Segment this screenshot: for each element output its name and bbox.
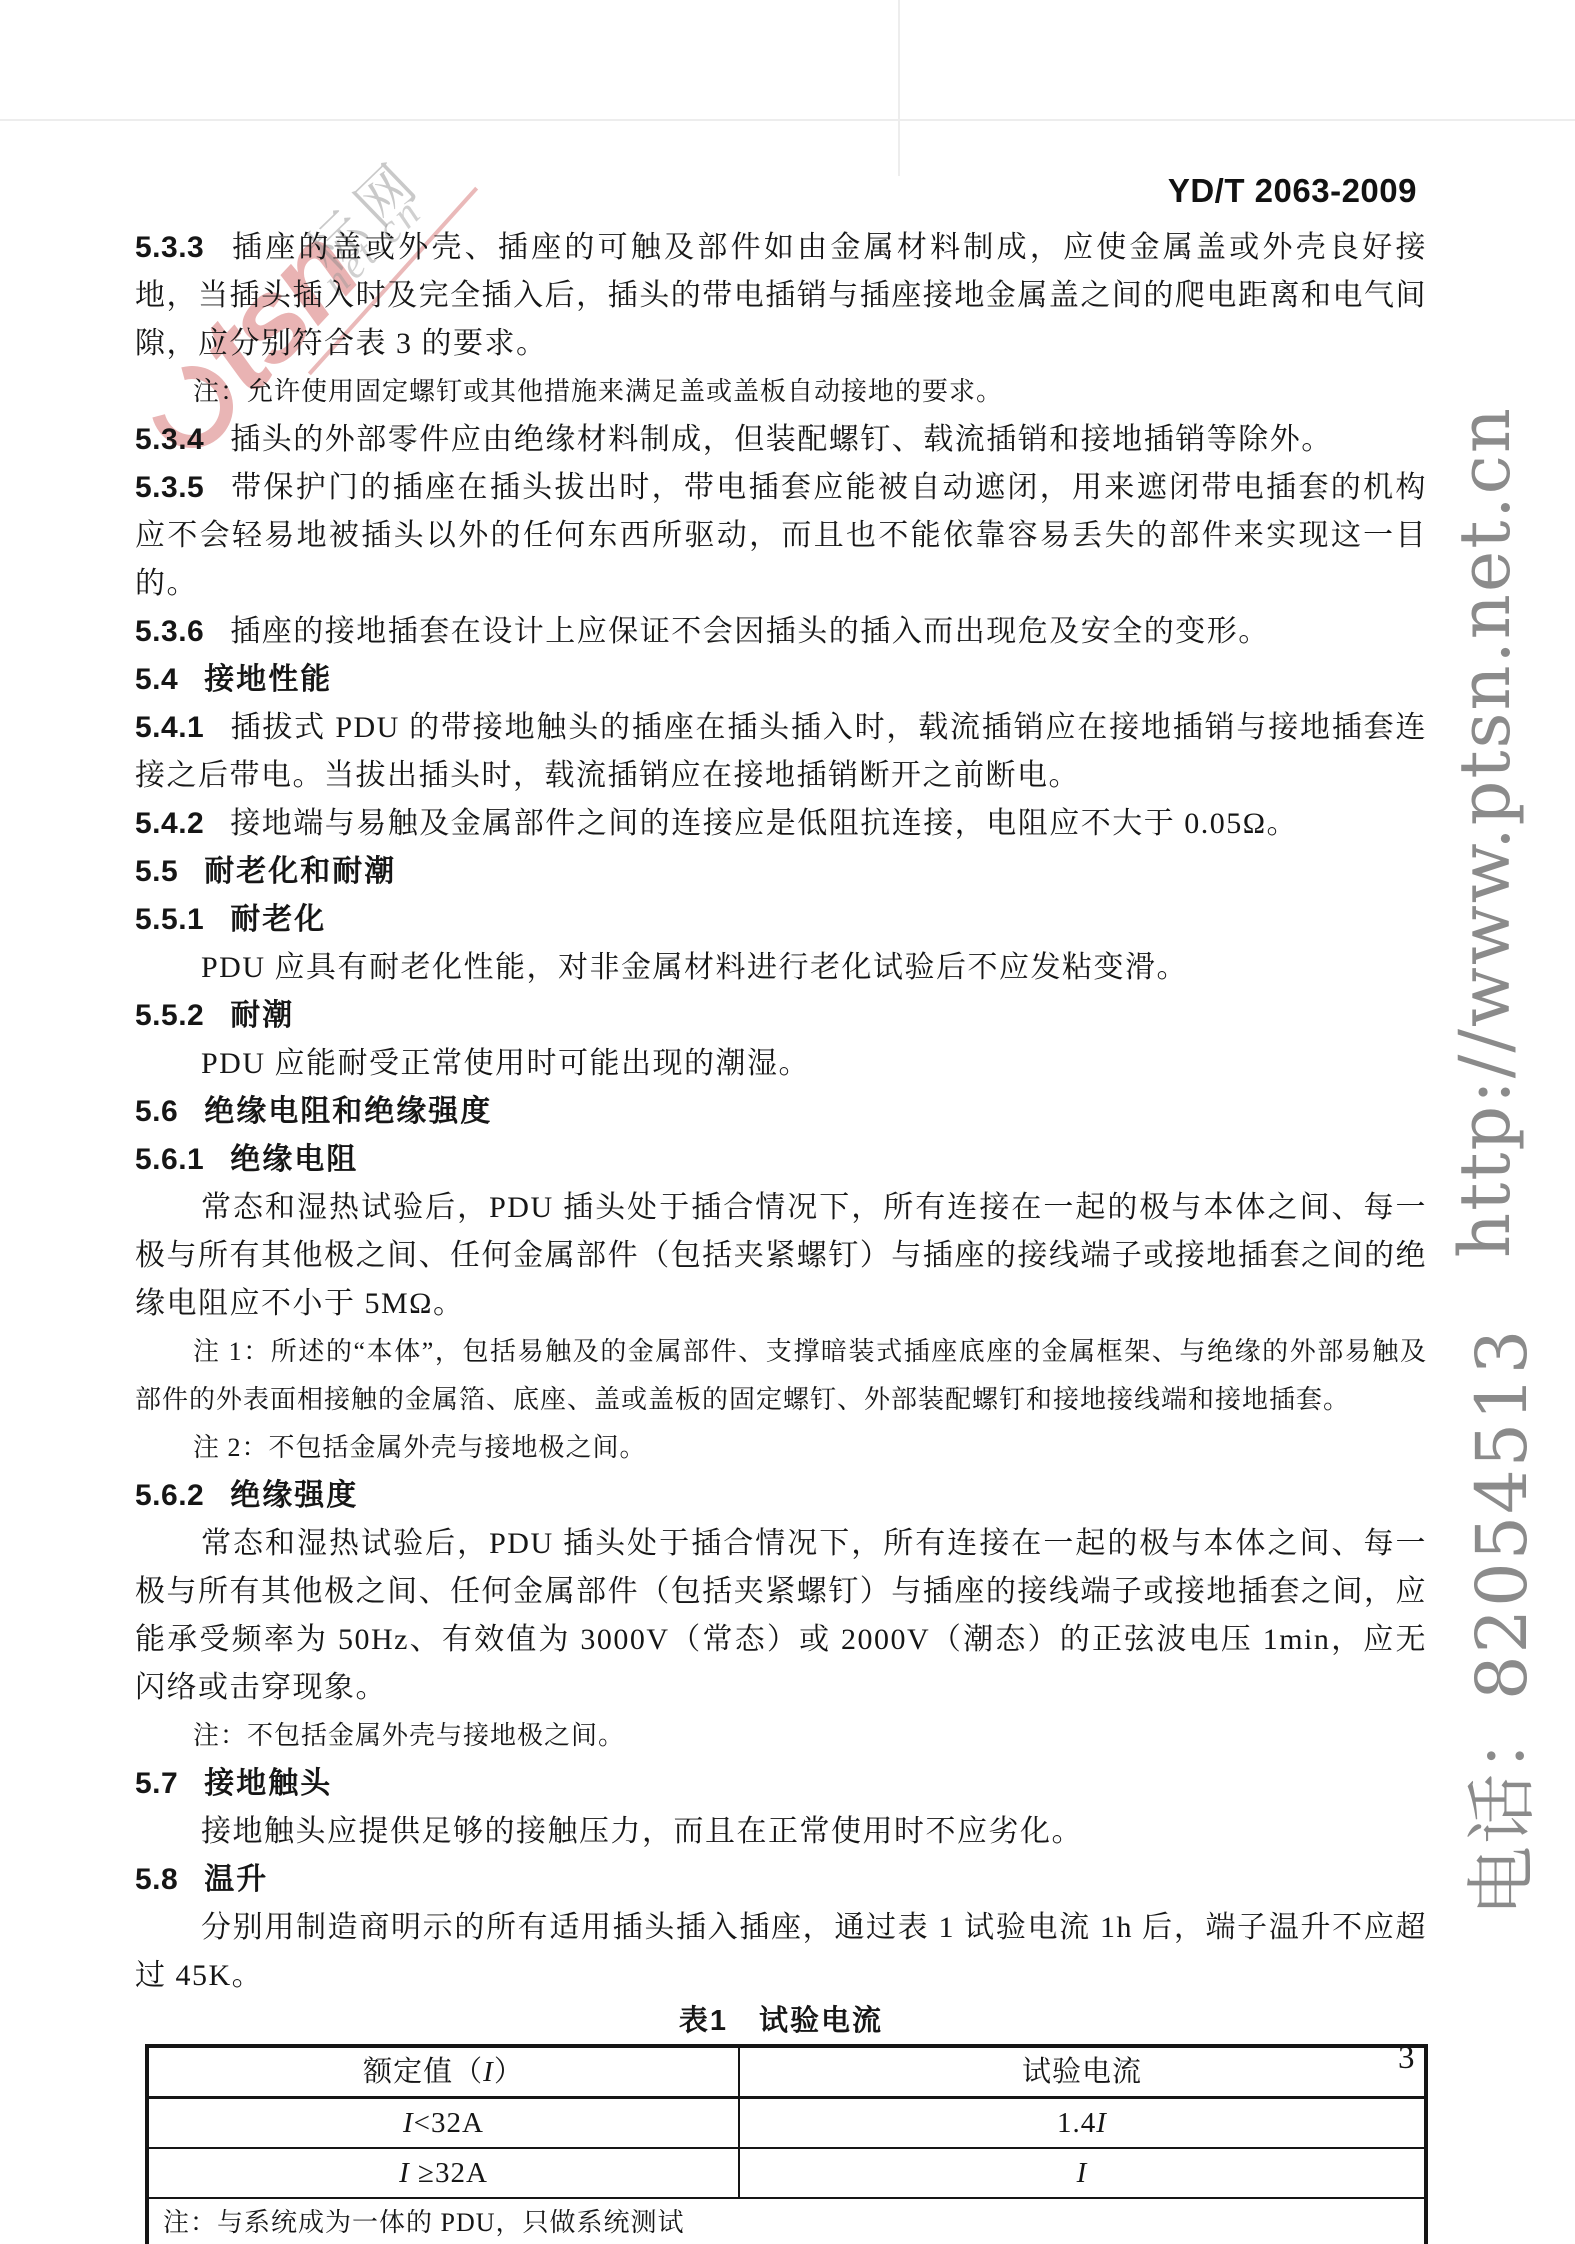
section-heading: 5.6.1绝缘电阻 (135, 1136, 1427, 1184)
clause-number: 5.5.2 (135, 999, 204, 1032)
clause-text: 绝缘强度 (230, 1479, 358, 1512)
note-line: 注：允许使用固定螺钉或其他措施来满足盖或盖板自动接地的要求。 (135, 368, 1427, 416)
clause-number: 5.3.5 (135, 471, 204, 504)
clause-paragraph: 5.3.6插座的接地插套在设计上应保证不会因插头的插入而出现危及安全的变形。 (135, 608, 1427, 656)
page-number: 3 (1398, 2040, 1415, 2077)
clause-text: 耐老化 (230, 903, 326, 936)
table-column-header: 试验电流 (739, 2046, 1426, 2098)
clause-paragraph: 接地触头应提供足够的接触压力，而且在正常使用时不应劣化。 (135, 1808, 1427, 1856)
clause-paragraph: 5.3.3插座的盖或外壳、插座的可触及部件如由金属材料制成，应使金属盖或外壳良好… (135, 224, 1427, 368)
standard-number: YD/T 2063-2009 (1168, 172, 1417, 210)
clause-paragraph: 常态和湿热试验后，PDU 插头处于插合情况下，所有连接在一起的极与本体之间、每一… (135, 1520, 1427, 1712)
clause-text: 温升 (204, 1863, 268, 1896)
table-cell: 1.4I (739, 2098, 1426, 2149)
section-heading: 5.5.2耐潮 (135, 992, 1427, 1040)
scanned-standard-page: { "page": { "doc_number": "YD/T 2063-200… (0, 0, 1575, 2244)
clause-number: 5.6.2 (135, 1479, 204, 1512)
clause-number: 5.7 (135, 1767, 178, 1800)
section-heading: 5.4接地性能 (135, 656, 1427, 704)
clause-text: 注：不包括金属外壳与接地极之间。 (193, 1721, 625, 1750)
clause-text: 带保护门的插座在插头拔出时，带电插套应能被自动遮闭，用来遮闭带电插套的机构应不会… (135, 471, 1427, 600)
table-cell: I<32A (147, 2098, 739, 2149)
table-note-row: 注：与系统成为一体的 PDU，只做系统测试 (147, 2198, 1426, 2244)
clause-number: 5.3.6 (135, 615, 204, 648)
clause-text: 分别用制造商明示的所有适用插头插入插座，通过表 1 试验电流 1h 后，端子温升… (135, 1911, 1427, 1992)
clause-paragraph: 5.3.5带保护门的插座在插头拔出时，带电插套应能被自动遮闭，用来遮闭带电插套的… (135, 464, 1427, 608)
table-row: I<32A1.4I (147, 2098, 1426, 2149)
section-heading: 5.5耐老化和耐潮 (135, 848, 1427, 896)
table-note: 注：与系统成为一体的 PDU，只做系统测试 (147, 2198, 1426, 2244)
table-row: I ≥32AI (147, 2148, 1426, 2198)
clause-text: 接地性能 (204, 663, 332, 696)
clause-paragraph: PDU 应具有耐老化性能，对非金属材料进行老化试验后不应发粘变滑。 (135, 944, 1427, 992)
scan-artifact-line (0, 119, 1575, 121)
clause-text: 耐潮 (230, 999, 294, 1032)
document-body: 5.3.3插座的盖或外壳、插座的可触及部件如由金属材料制成，应使金属盖或外壳良好… (135, 224, 1427, 2244)
clause-text: PDU 应能耐受正常使用时可能出现的潮湿。 (201, 1047, 810, 1080)
clause-number: 5.3.3 (135, 231, 204, 264)
clause-paragraph: PDU 应能耐受正常使用时可能出现的潮湿。 (135, 1040, 1427, 1088)
clause-paragraph: 5.4.1插拔式 PDU 的带接地触头的插座在插头插入时，载流插销应在接地插销与… (135, 704, 1427, 800)
clause-number: 5.3.4 (135, 423, 204, 456)
clause-text: 注 2：不包括金属外壳与接地极之间。 (193, 1433, 647, 1462)
clause-text: 接地端与易触及金属部件之间的连接应是低阻抗连接，电阻应不大于 0.05Ω。 (230, 807, 1298, 840)
clause-text: 耐老化和耐潮 (204, 855, 396, 888)
clause-number: 5.5 (135, 855, 178, 888)
clause-text: 接地触头应提供足够的接触压力，而且在正常使用时不应劣化。 (201, 1815, 1083, 1848)
clause-text: 注 1：所述的“本体”，包括易触及的金属部件、支撑暗装式插座底座的金属框架、与绝… (135, 1337, 1427, 1414)
clause-text: 插拔式 PDU 的带接地触头的插座在插头插入时，载流插销应在接地插销与接地插套连… (135, 711, 1427, 792)
clause-number: 5.4.2 (135, 807, 204, 840)
section-heading: 5.7接地触头 (135, 1760, 1427, 1808)
clause-paragraph: 常态和湿热试验后，PDU 插头处于插合情况下，所有连接在一起的极与本体之间、每一… (135, 1184, 1427, 1328)
clause-text: 常态和湿热试验后，PDU 插头处于插合情况下，所有连接在一起的极与本体之间、每一… (135, 1191, 1427, 1320)
clause-number: 5.6 (135, 1095, 178, 1128)
section-heading: 5.6绝缘电阻和绝缘强度 (135, 1088, 1427, 1136)
clause-text: 接地触头 (204, 1767, 332, 1800)
section-heading: 5.8温升 (135, 1856, 1427, 1904)
note-line: 注：不包括金属外壳与接地极之间。 (135, 1712, 1427, 1760)
section-heading: 5.6.2绝缘强度 (135, 1472, 1427, 1520)
clause-text: 插头的外部零件应由绝缘材料制成，但装配螺钉、载流插销和接地插销等除外。 (230, 423, 1333, 456)
note-line: 注 1：所述的“本体”，包括易触及的金属部件、支撑暗装式插座底座的金属框架、与绝… (135, 1328, 1427, 1424)
table-cell: I (739, 2148, 1426, 2198)
clause-text: 绝缘电阻和绝缘强度 (204, 1095, 492, 1128)
clause-paragraph: 5.3.4插头的外部零件应由绝缘材料制成，但装配螺钉、载流插销和接地插销等除外。 (135, 416, 1427, 464)
side-url-watermark: http://www.ptsn.net.cn (1444, 406, 1526, 1258)
clause-number: 5.4.1 (135, 711, 204, 744)
clause-text: 插座的接地插套在设计上应保证不会因插头的插入而出现危及安全的变形。 (230, 615, 1270, 648)
clause-text: 注：允许使用固定螺钉或其他措施来满足盖或盖板自动接地的要求。 (193, 377, 1003, 406)
test-current-table: 额定值（I）试验电流 I<32A1.4II ≥32AI注：与系统成为一体的 PD… (145, 2044, 1428, 2244)
table-cell: I ≥32A (147, 2148, 739, 2198)
scan-artifact-line (898, 0, 900, 176)
clause-text: 插座的盖或外壳、插座的可触及部件如由金属材料制成，应使金属盖或外壳良好接地，当插… (135, 231, 1427, 360)
table-caption: 表1 试验电流 (135, 2000, 1427, 2042)
clause-paragraph: 分别用制造商明示的所有适用插头插入插座，通过表 1 试验电流 1h 后，端子温升… (135, 1904, 1427, 2000)
clause-number: 5.4 (135, 663, 178, 696)
table-header-row: 额定值（I）试验电流 (147, 2046, 1426, 2098)
clause-number: 5.6.1 (135, 1143, 204, 1176)
section-heading: 5.5.1耐老化 (135, 896, 1427, 944)
clause-text: 绝缘电阻 (230, 1143, 358, 1176)
clause-text: PDU 应具有耐老化性能，对非金属材料进行老化试验后不应发粘变滑。 (201, 951, 1188, 984)
clause-paragraph: 5.4.2接地端与易触及金属部件之间的连接应是低阻抗连接，电阻应不大于 0.05… (135, 800, 1427, 848)
table-column-header: 额定值（I） (147, 2046, 739, 2098)
note-line: 注 2：不包括金属外壳与接地极之间。 (135, 1424, 1427, 1472)
side-phone-watermark: 电话：82054513 (1446, 1328, 1547, 1916)
clause-text: 常态和湿热试验后，PDU 插头处于插合情况下，所有连接在一起的极与本体之间、每一… (135, 1527, 1427, 1704)
clause-number: 5.5.1 (135, 903, 204, 936)
clause-number: 5.8 (135, 1863, 178, 1896)
